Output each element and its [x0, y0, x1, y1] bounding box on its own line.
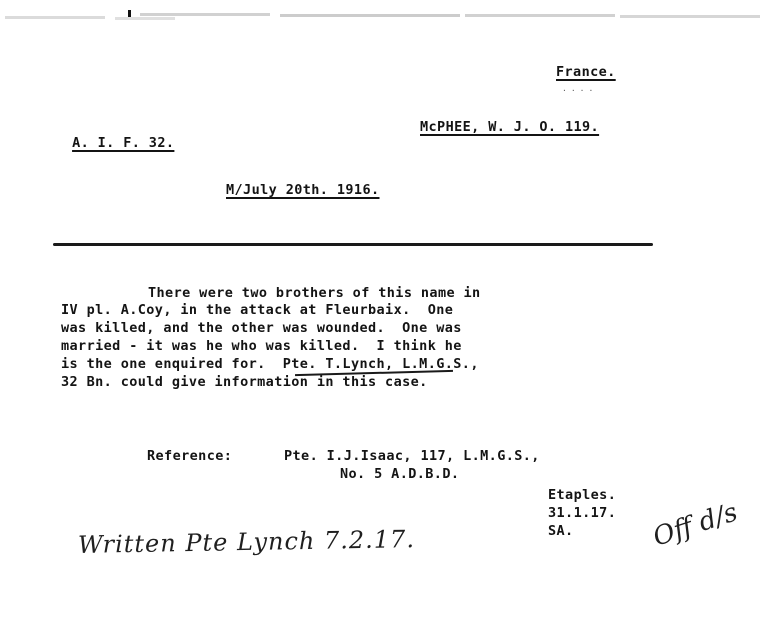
body-line: IV pl. A.Coy, in the attack at Fleurbaix…	[61, 302, 453, 320]
reference-label: Reference:	[147, 448, 232, 464]
body-line: There were two brothers of this name in	[148, 285, 481, 303]
body-line: was killed, and the other was wounded. O…	[61, 320, 462, 338]
decorative-dots: ....	[562, 84, 597, 93]
date-line: M/July 20th. 1916.	[226, 182, 380, 198]
horizontal-rule	[53, 243, 653, 246]
signoff-date: 31.1.17.	[548, 505, 616, 521]
unit-code: A. I. F. 32.	[72, 135, 174, 151]
reference-line-2: No. 5 A.D.B.D.	[340, 466, 459, 482]
subject-name: McPHEE, W. J. O. 119.	[420, 119, 599, 135]
signoff-place: Etaples.	[548, 487, 616, 503]
handwritten-margin-note: Off d/s	[649, 497, 741, 552]
body-line: 32 Bn. could give information in this ca…	[61, 374, 428, 392]
handwritten-note: Written Pte Lynch 7.2.17.	[78, 525, 415, 559]
unit-label: A. I. F. 32.	[55, 119, 174, 151]
signoff-initials: SA.	[548, 523, 574, 539]
reference-line-1: Pte. I.J.Isaac, 117, L.M.G.S.,	[284, 448, 540, 464]
body-line: married - it was he who was killed. I th…	[61, 338, 462, 356]
bleed-through-noise	[0, 8, 765, 30]
country-heading: France.	[556, 64, 616, 80]
